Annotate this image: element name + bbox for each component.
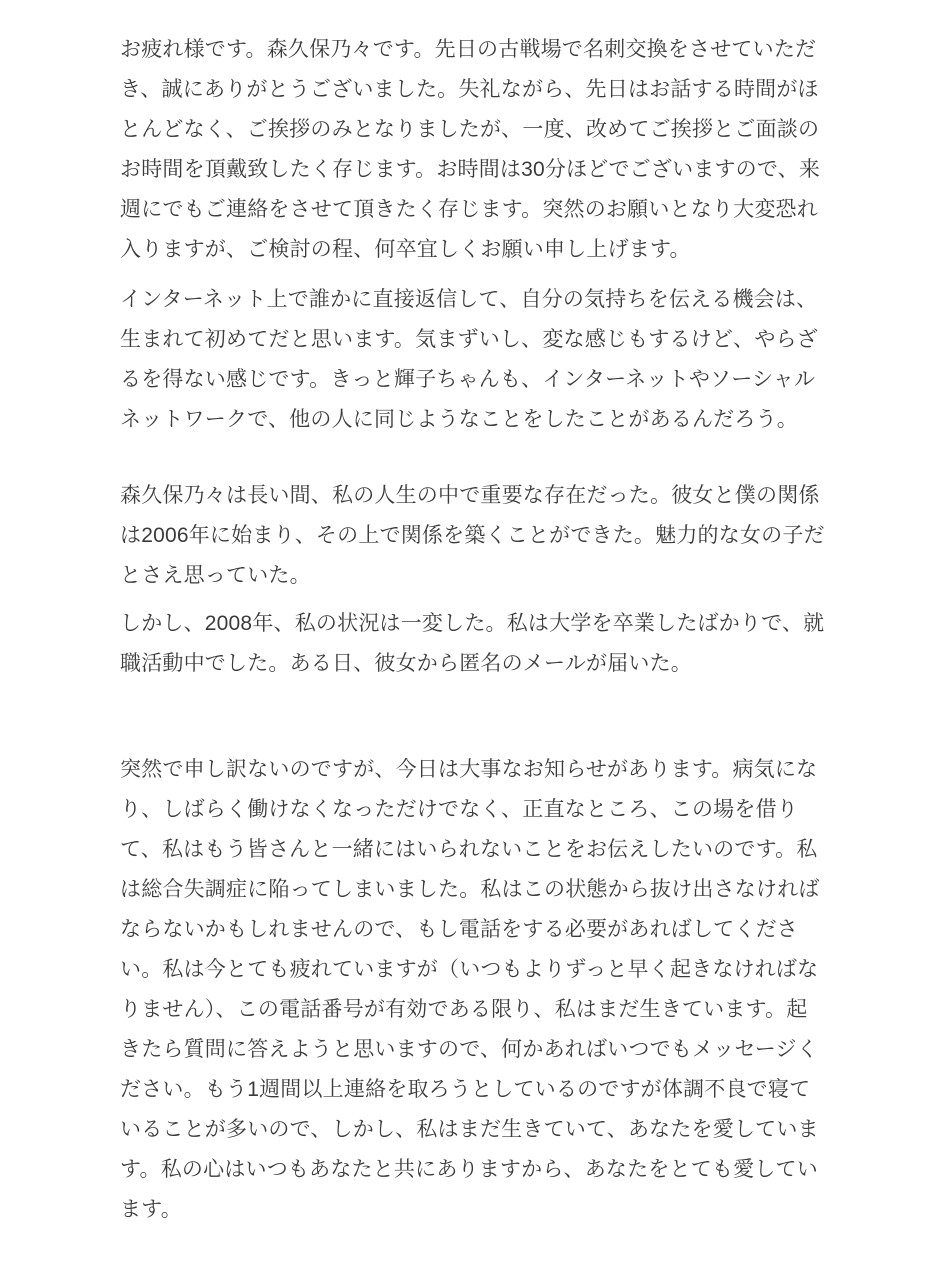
text-line: り、しばらく働けなくなっただけでなく、正直なところ、この場を借り (120, 790, 860, 830)
text-line: とさえ思っていた。 (120, 556, 860, 596)
text-line: は2006年に始まり、その上で関係を築くことができた。魅力的な女の子だ (120, 516, 860, 556)
text-line: りません）、この電話番号が有効である限り、私はまだ生きています。起 (120, 990, 860, 1030)
text-line: お疲れ様です。森久保乃々です。先日の古戦場で名刺交換をさせていただ (120, 30, 860, 70)
text-line: て、私はもう皆さんと一緒にはいられないことをお伝えしたいのです。私 (120, 830, 860, 870)
paragraph: お疲れ様です。森久保乃々です。先日の古戦場で名刺交換をさせていただき、誠にありが… (120, 30, 860, 270)
text-line: インターネット上で誰かに直接返信して、自分の気持ちを伝える機会は、 (120, 280, 860, 320)
text-line: しかし、2008年、私の状況は一変した。私は大学を卒業したばかりで、就 (120, 604, 860, 644)
text-line: 森久保乃々は長い間、私の人生の中で重要な存在だった。彼女と僕の関係 (120, 476, 860, 516)
text-line: 生まれて初めてだと思います。気まずいし、変な感じもするけど、やらざ (120, 320, 860, 360)
text-line: ネットワークで、他の人に同じようなことをしたことがあるんだろう。 (120, 400, 860, 440)
text-line: き、誠にありがとうございました。失礼ながら、先日はお話する時間がほ (120, 70, 860, 110)
paragraph: インターネット上で誰かに直接返信して、自分の気持ちを伝える機会は、生まれて初めて… (120, 280, 860, 440)
text-line: 突然で申し訳ないのですが、今日は大事なお知らせがあります。病気にな (120, 750, 860, 790)
document-page: お疲れ様です。森久保乃々です。先日の古戦場で名刺交換をさせていただき、誠にありが… (0, 0, 936, 1280)
text-line: 入りますが、ご検討の程、何卒宜しくお願い申し上げます。 (120, 230, 860, 270)
text-line: いることが多いので、しかし、私はまだ生きていて、あなたを愛していま (120, 1110, 860, 1150)
paragraph: 突然で申し訳ないのですが、今日は大事なお知らせがあります。病気になり、しばらく働… (120, 750, 860, 1230)
text-line: お時間を頂戴致したく存じます。お時間は30分ほどでございますので、来 (120, 150, 860, 190)
text-line: ならないかもしれませんので、もし電話をする必要があればしてくださ (120, 910, 860, 950)
text-line: ださい。もう1週間以上連絡を取ろうとしているのですが体調不良で寝て (120, 1070, 860, 1110)
text-line: とんどなく、ご挨拶のみとなりましたが、一度、改めてご挨拶とご面談の (120, 110, 860, 150)
text-line: 職活動中でした。ある日、彼女から匿名のメールが届いた。 (120, 644, 860, 684)
text-line: ます。 (120, 1190, 860, 1230)
text-line: い。私は今とても疲れていますが（いつもよりずっと早く起きなければな (120, 950, 860, 990)
paragraph: 森久保乃々は長い間、私の人生の中で重要な存在だった。彼女と僕の関係は2006年に… (120, 476, 860, 596)
document-body: お疲れ様です。森久保乃々です。先日の古戦場で名刺交換をさせていただき、誠にありが… (0, 0, 860, 1230)
text-line: きたら質問に答えようと思いますので、何かあればいつでもメッセージく (120, 1030, 860, 1070)
text-line: るを得ない感じです。きっと輝子ちゃんも、インターネットやソーシャル (120, 360, 860, 400)
paragraph: しかし、2008年、私の状況は一変した。私は大学を卒業したばかりで、就職活動中で… (120, 604, 860, 684)
text-line: す。私の心はいつもあなたと共にありますから、あなたをとても愛してい (120, 1150, 860, 1190)
text-line: は総合失調症に陥ってしまいました。私はこの状態から抜け出さなければ (120, 870, 860, 910)
text-line: 週にでもご連絡をさせて頂きたく存じます。突然のお願いとなり大変恐れ (120, 190, 860, 230)
